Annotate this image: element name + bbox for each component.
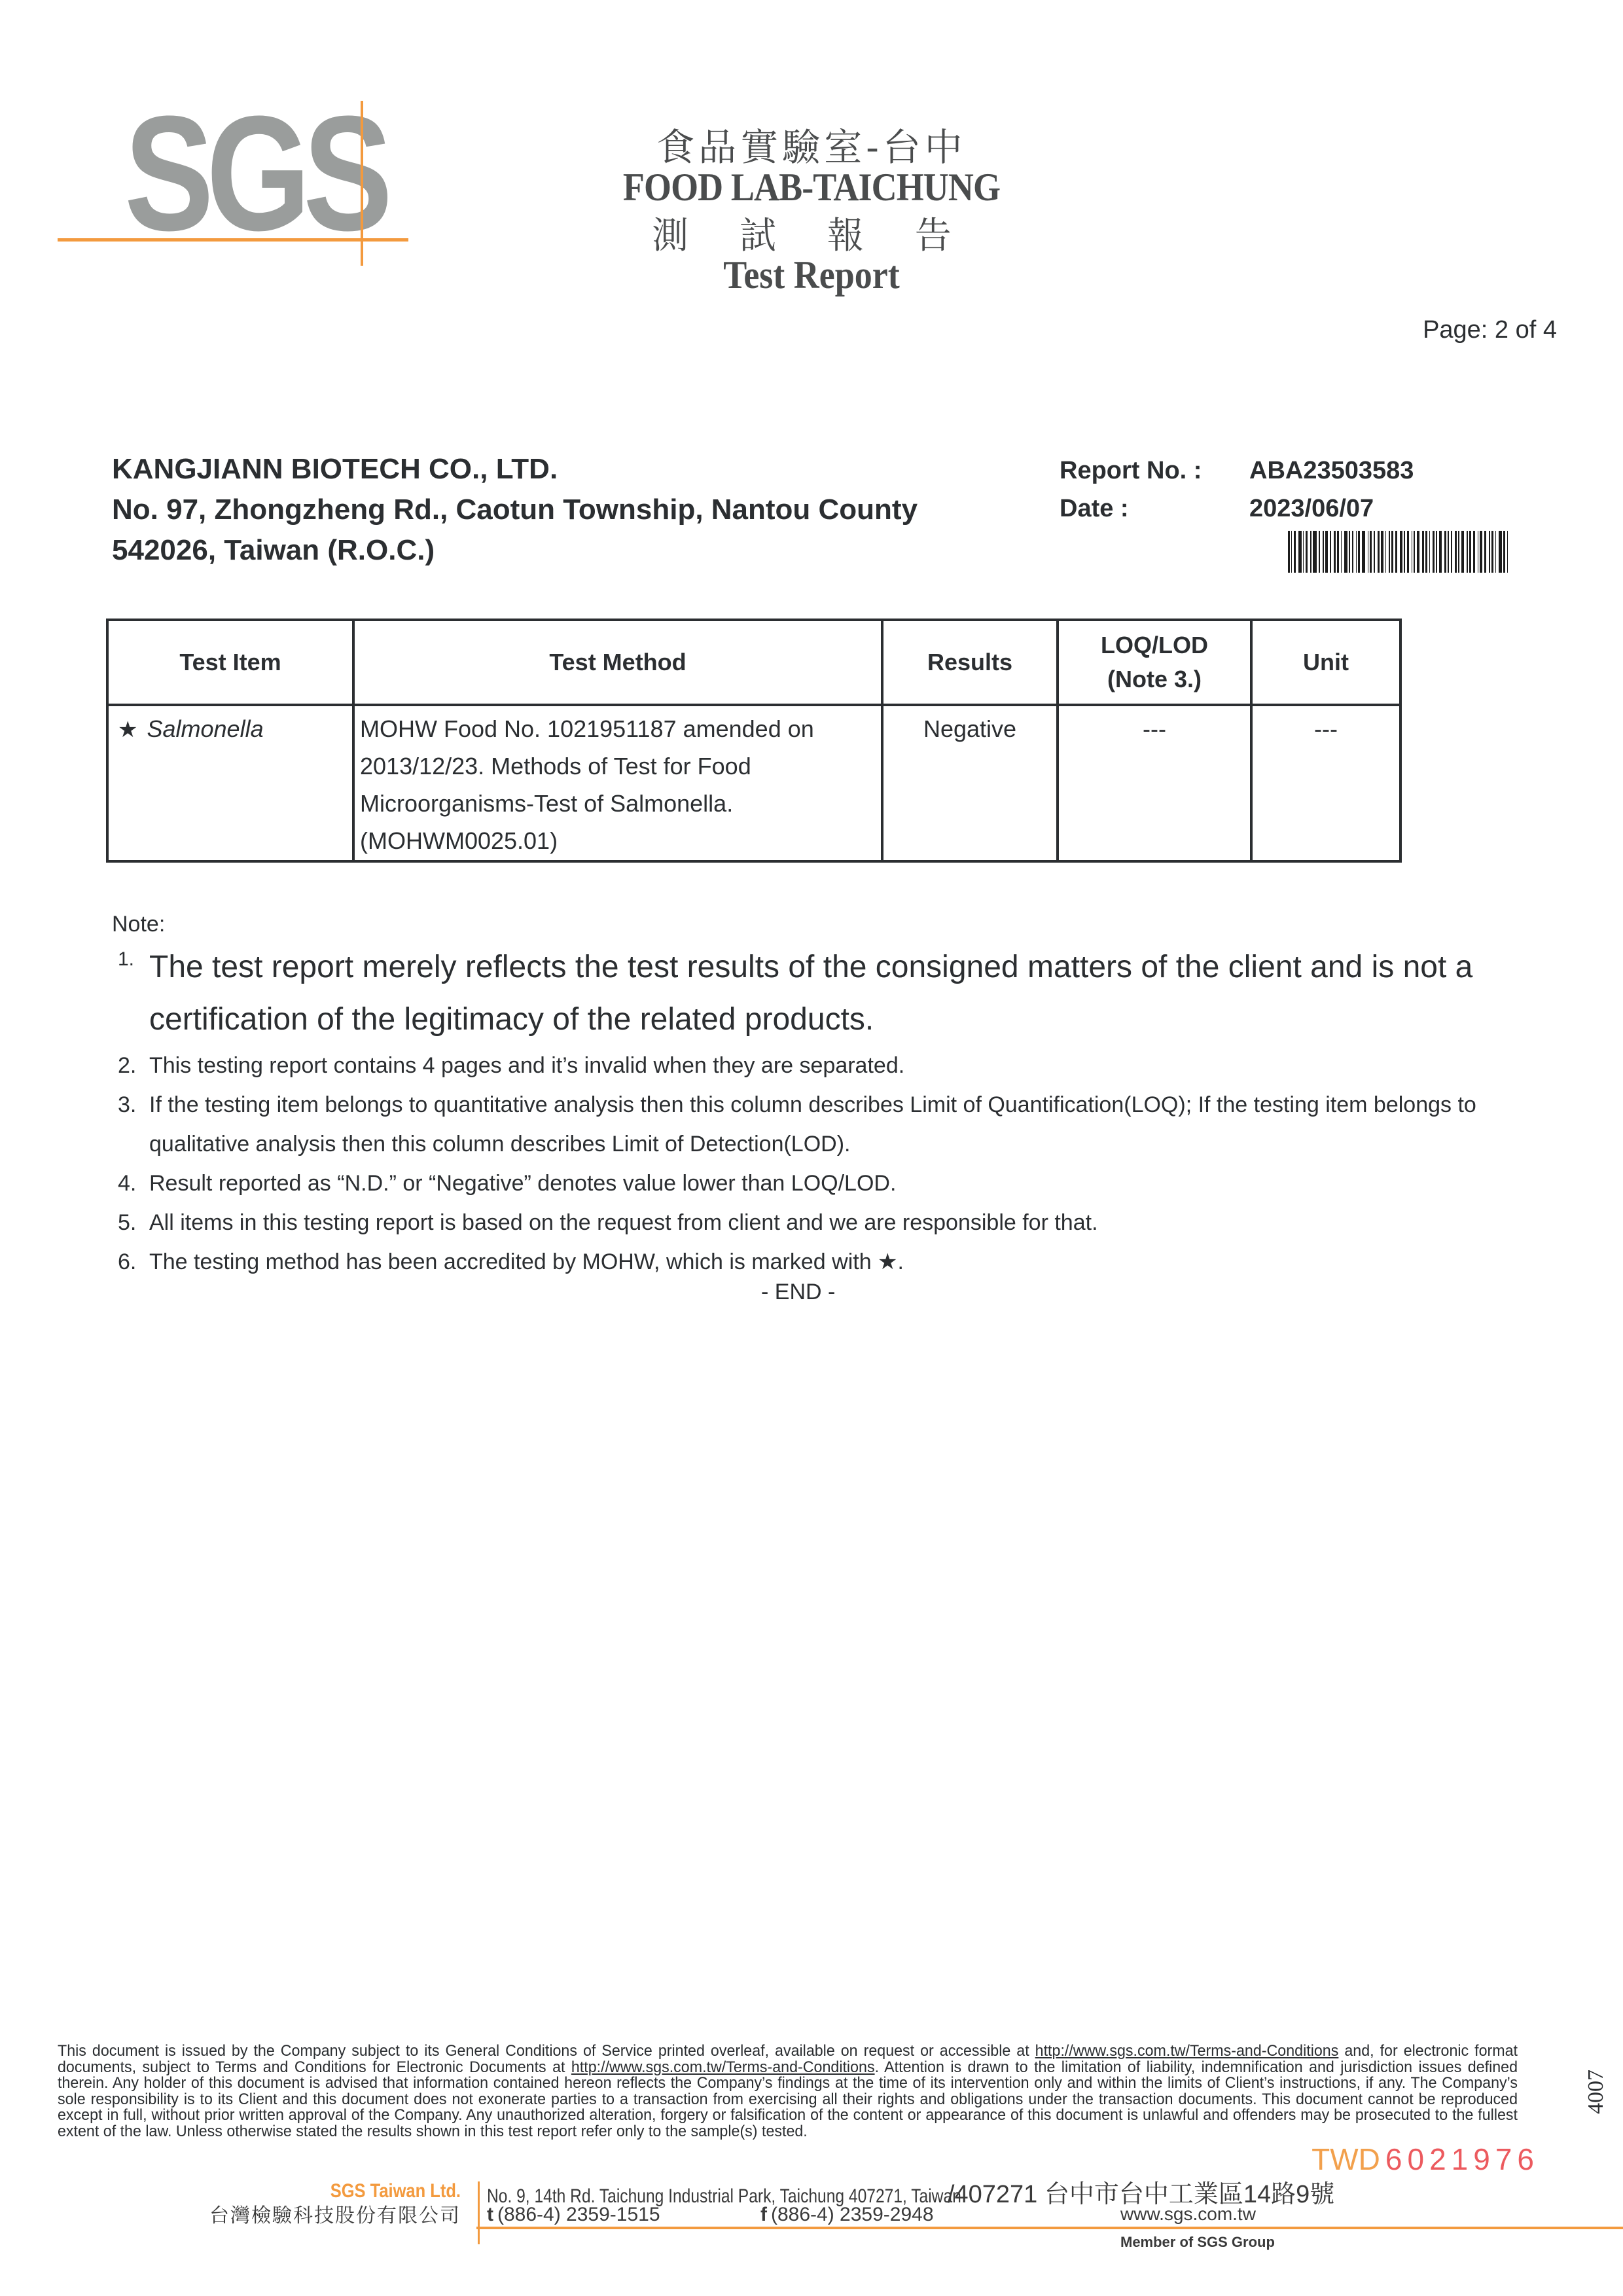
note-number: 5. bbox=[118, 1203, 149, 1242]
footer-member-text: Member of SGS Group bbox=[1120, 2234, 1275, 2251]
note-text: This testing report contains 4 pages and… bbox=[149, 1046, 904, 1085]
header-test-method: Test Method bbox=[353, 620, 882, 705]
disclaimer-text: This document is issued by the Company s… bbox=[58, 2043, 1035, 2060]
note-item: 2. This testing report contains 4 pages … bbox=[118, 1046, 1525, 1085]
serial-value: 6021976 bbox=[1385, 2142, 1539, 2176]
table-row: ★Salmonella MOHW Food No. 1021951187 ame… bbox=[107, 705, 1400, 861]
note-text: If the testing item belongs to quantitat… bbox=[149, 1085, 1525, 1164]
footer-orange-vertical-line bbox=[478, 2181, 480, 2244]
fax-icon: f bbox=[760, 2204, 767, 2225]
company-name-chinese: 台灣檢驗科技股份有限公司 bbox=[209, 2204, 461, 2227]
cell-test-item: ★Salmonella bbox=[107, 705, 353, 861]
fax-number: (886-4) 2359-2948 bbox=[771, 2204, 934, 2225]
note-text: The testing method has been accredited b… bbox=[149, 1242, 904, 1282]
report-no-value: ABA23503583 bbox=[1249, 452, 1414, 490]
header-loq-lod: LOQ/LOD (Note 3.) bbox=[1058, 620, 1251, 705]
note-number: 4. bbox=[118, 1164, 149, 1203]
note-number: 2. bbox=[118, 1046, 149, 1085]
document-type-chinese: 測 試 報 告 bbox=[576, 207, 1047, 259]
cell-unit: --- bbox=[1251, 705, 1400, 861]
phone-icon: t bbox=[487, 2204, 493, 2225]
note-number: 1. bbox=[118, 941, 149, 1046]
end-marker: - END - bbox=[761, 1280, 835, 1305]
results-table: Test Item Test Method Results LOQ/LOD (N… bbox=[106, 619, 1402, 863]
accredited-star-icon: ★ bbox=[118, 717, 137, 742]
note-text: The test report merely reflects the test… bbox=[149, 941, 1525, 1046]
cell-result: Negative bbox=[882, 705, 1058, 861]
client-address-line1: No. 97, Zhongzheng Rd., Caotun Township,… bbox=[112, 490, 918, 530]
report-meta: Report No. : ABA23503583 Date : 2023/06/… bbox=[1060, 452, 1414, 528]
note-number: 3. bbox=[118, 1085, 149, 1164]
footer-fax: f(886-4) 2359-2948 bbox=[760, 2204, 934, 2226]
footer-telephone: t(886-4) 2359-1515 bbox=[487, 2204, 660, 2226]
note-item: 3. If the testing item belongs to quanti… bbox=[118, 1085, 1525, 1164]
serial-currency: TWD bbox=[1311, 2142, 1380, 2176]
serial-number: TWD6021976 bbox=[1311, 2142, 1539, 2177]
sgs-logo: SGS bbox=[124, 98, 385, 249]
client-name: KANGJIANN BIOTECH CO., LTD. bbox=[112, 449, 918, 490]
note-item: 5. All items in this testing report is b… bbox=[118, 1203, 1525, 1242]
legal-disclaimer: This document is issued by the Company s… bbox=[58, 2043, 1518, 2140]
company-name-english: SGS Taiwan Ltd. bbox=[247, 2179, 461, 2203]
date-label: Date : bbox=[1060, 490, 1249, 528]
cell-loq-lod: --- bbox=[1058, 705, 1251, 861]
header-loq-lod-label: LOQ/LOD bbox=[1060, 628, 1249, 662]
footer-website[interactable]: www.sgs.com.tw bbox=[1120, 2204, 1256, 2225]
client-address-line2: 542026, Taiwan (R.O.C.) bbox=[112, 530, 918, 571]
note-text: All items in this testing report is base… bbox=[149, 1203, 1098, 1242]
footer-orange-horizontal-line bbox=[476, 2227, 1623, 2229]
logo-orange-vertical-line bbox=[361, 101, 363, 266]
notes-title: Note: bbox=[112, 912, 165, 937]
report-no-label: Report No. : bbox=[1060, 452, 1249, 490]
footer-company: SGS Taiwan Ltd. 台灣檢驗科技股份有限公司 bbox=[209, 2179, 461, 2229]
client-block: KANGJIANN BIOTECH CO., LTD. No. 97, Zhon… bbox=[112, 449, 918, 571]
header-results: Results bbox=[882, 620, 1058, 705]
lab-name-english: FOOD LAB-TAICHUNG bbox=[599, 165, 1024, 210]
header-unit: Unit bbox=[1251, 620, 1400, 705]
note-text: Result reported as “N.D.” or “Negative” … bbox=[149, 1164, 896, 1203]
test-item-name: Salmonella bbox=[147, 715, 263, 742]
notes-list: 1. The test report merely reflects the t… bbox=[118, 941, 1525, 1282]
table-header-row: Test Item Test Method Results LOQ/LOD (N… bbox=[107, 620, 1400, 705]
cell-test-method: MOHW Food No. 1021951187 amended on 2013… bbox=[353, 705, 882, 861]
date-value: 2023/06/07 bbox=[1249, 490, 1374, 528]
terms-link[interactable]: http://www.sgs.com.tw/Terms-and-Conditio… bbox=[1035, 2043, 1339, 2060]
note-item: 4. Result reported as “N.D.” or “Negativ… bbox=[118, 1164, 1525, 1203]
side-page-code: 4007 bbox=[1584, 2070, 1609, 2114]
electronic-terms-link[interactable]: http://www.sgs.com.tw/Terms-and-Conditio… bbox=[571, 2059, 875, 2076]
phone-number: (886-4) 2359-1515 bbox=[497, 2204, 660, 2225]
note-number: 6. bbox=[118, 1242, 149, 1282]
barcode bbox=[1288, 531, 1510, 573]
page-number: Page: 2 of 4 bbox=[1423, 316, 1557, 344]
document-type-english: Test Report bbox=[599, 253, 1024, 298]
header-loq-lod-note: (Note 3.) bbox=[1060, 662, 1249, 696]
logo-orange-horizontal-line bbox=[58, 238, 408, 242]
lab-name-chinese: 食品實驗室-台中 bbox=[576, 117, 1047, 171]
note-item: 6. The testing method has been accredite… bbox=[118, 1242, 1525, 1282]
header-test-item: Test Item bbox=[107, 620, 353, 705]
note-item: 1. The test report merely reflects the t… bbox=[118, 941, 1525, 1046]
